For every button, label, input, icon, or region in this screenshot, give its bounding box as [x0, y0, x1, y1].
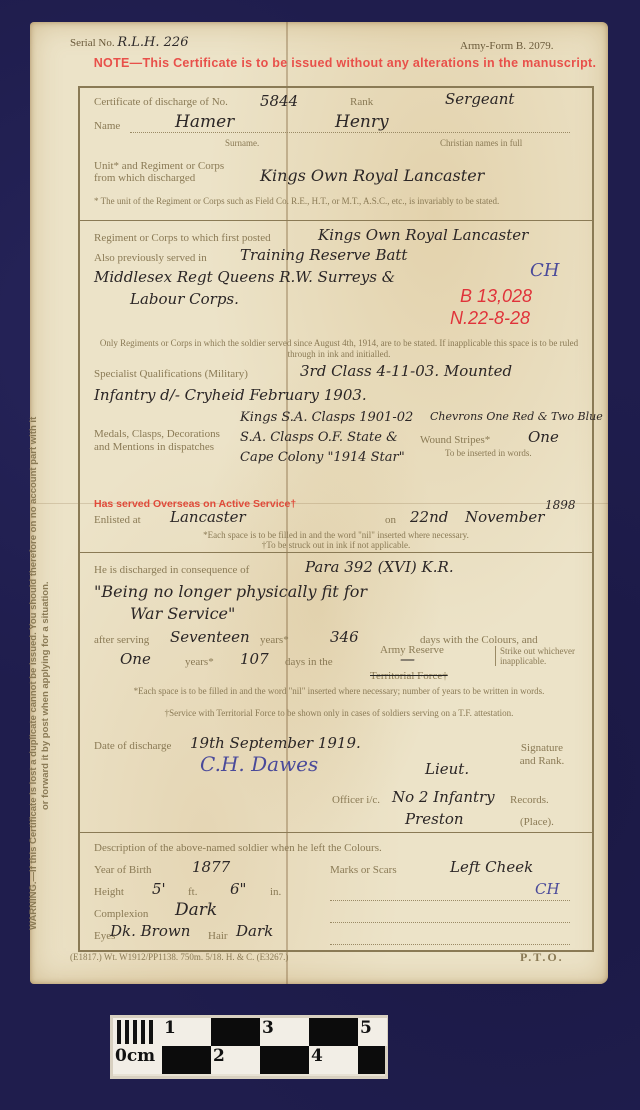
initials-mark-2: CH	[535, 880, 560, 898]
cert-label: Certificate of discharge of No.	[94, 96, 228, 108]
years-reserve: One	[120, 650, 151, 668]
signature-rank: Lieut.	[425, 760, 469, 778]
name-line	[130, 132, 570, 133]
days-reserve: 107	[240, 650, 269, 668]
signature-label: Signature and Rank.	[512, 742, 572, 768]
medals-label: Medals, Clasps, Decorations and Mentions…	[94, 428, 234, 454]
marks-label: Marks or Scars	[330, 864, 397, 876]
height-inches: 6"	[230, 880, 246, 898]
place-label: (Place).	[520, 816, 554, 828]
height-feet: 5'	[152, 880, 166, 898]
red-stamp-date: N.22-8-28	[450, 308, 530, 329]
also-served-line3: Labour Corps.	[130, 290, 239, 308]
enlisted-month: November	[465, 508, 544, 526]
form-number: Army-Form B. 2079.	[460, 40, 554, 52]
scale-mark-2: 2	[211, 1046, 262, 1074]
scale-block	[211, 1018, 260, 1046]
divider	[80, 552, 592, 553]
scale-block	[260, 1046, 309, 1074]
red-stamp-number: B 13,028	[460, 286, 532, 307]
first-posted-label: Regiment or Corps to which first posted	[94, 232, 271, 244]
reason-line1: "Being no longer physically fit for	[94, 582, 367, 601]
scale-block	[358, 1046, 385, 1074]
reason-line2: War Service"	[130, 604, 235, 623]
side-warning-line1: WARNING.—If this Certificate is lost a d…	[28, 417, 40, 930]
cert-number: 5844	[260, 92, 298, 110]
each-space-note: *Each space is to be filled in and the w…	[94, 686, 584, 696]
birth-year: 1877	[192, 858, 230, 876]
medals-line3: Cape Colony "1914 Star"	[240, 450, 405, 465]
rank-label: Rank	[350, 96, 373, 108]
reserve-mark: —	[400, 650, 415, 668]
officer-signature: C.H. Dawes	[200, 752, 318, 776]
days-colours: 346	[330, 628, 359, 646]
medals-line1: Kings S.A. Clasps 1901-02	[240, 410, 413, 425]
serial-label: Serial No.	[70, 37, 115, 49]
also-served-line1: Training Reserve Batt	[240, 246, 407, 264]
scale-ticks	[113, 1018, 162, 1046]
marks-line	[330, 944, 570, 945]
unit-label: Unit* and Regiment or Corps from which d…	[94, 160, 244, 184]
initials-mark: CH	[530, 260, 559, 281]
discharge-date: 19th September 1919.	[190, 734, 361, 752]
years-label-2: years*	[185, 656, 214, 668]
side-warning-line2: or forward it by post when applying for …	[40, 417, 52, 930]
enlisted-place: Lancaster	[170, 508, 246, 526]
scale-block	[309, 1018, 358, 1046]
specialist-line1: 3rd Class 4-11-03. Mounted	[300, 362, 512, 380]
wound-stripes-label: Wound Stripes*	[420, 434, 490, 446]
discharge-date-label: Date of discharge	[94, 740, 171, 752]
on-label: on	[385, 514, 396, 526]
scale-bar: 1 3 5 0cm 2 4	[110, 1015, 388, 1079]
also-served-line2: Middlesex Regt Queens R.W. Surreys &	[94, 268, 395, 286]
specialist-label: Specialist Qualifications (Military)	[94, 368, 248, 380]
first-posted-value: Kings Own Royal Lancaster	[318, 226, 528, 244]
scale-mark-1: 1	[162, 1018, 213, 1046]
specialist-line2: Infantry d/- Cryheid February 1903.	[94, 386, 367, 404]
scale-mark-4: 4	[309, 1046, 360, 1074]
height-label: Height	[94, 886, 124, 898]
rank-value: Sergeant	[445, 90, 514, 108]
divider	[80, 832, 592, 833]
wound-note: To be inserted in words.	[445, 448, 532, 458]
days-in-the-label: days in the	[285, 656, 333, 668]
only-regiments-note: Only Regiments or Corps in which the sol…	[94, 338, 584, 360]
enlisted-label: Enlisted at	[94, 514, 141, 526]
unit-note: * The unit of the Regiment or Corps such…	[94, 196, 584, 206]
surname-caption: Surname.	[225, 138, 259, 148]
medals-line2: S.A. Clasps O.F. State &	[240, 430, 398, 445]
ft-label: ft.	[188, 886, 197, 898]
note-banner: NOTE—This Certificate is to be issued wi…	[80, 56, 610, 70]
discharged-label: He is discharged in consequence of	[94, 564, 249, 576]
forenames: Henry	[335, 112, 389, 132]
hair-label: Hair	[208, 930, 228, 942]
side-warning: WARNING.—If this Certificate is lost a d…	[28, 417, 52, 930]
print-info: (E1817.) Wt. W1912/PP1138. 750m. 5/18. H…	[70, 952, 288, 962]
unit-value: Kings Own Royal Lancaster	[260, 166, 484, 185]
description-label: Description of the above-named soldier w…	[94, 842, 382, 854]
years-colours: Seventeen	[170, 628, 250, 646]
enlisted-day: 22nd	[410, 508, 448, 526]
certificate-frame: Certificate of discharge of No. 5844 Ran…	[78, 86, 594, 952]
name-label: Name	[94, 120, 120, 132]
complexion-label: Complexion	[94, 908, 148, 920]
records-label: Records.	[510, 794, 549, 806]
records-place: Preston	[405, 810, 464, 828]
wound-stripes-value: One	[528, 428, 559, 446]
scale-mark-5: 5	[358, 1018, 387, 1046]
serial-value: R.L.H. 226	[117, 35, 188, 50]
strike-out-note: Strike out whichever inapplicable.	[495, 646, 580, 666]
territorial-force-struck: Territorial Force†	[370, 670, 448, 682]
hair-value: Dark	[236, 922, 273, 940]
serial-number: Serial No. R.L.H. 226	[70, 35, 188, 50]
birth-label: Year of Birth	[94, 864, 152, 876]
pto-label: P.T.O.	[520, 950, 564, 965]
enlisted-year: 1898	[545, 498, 576, 512]
marks-line	[330, 900, 570, 901]
surname: Hamer	[175, 112, 234, 132]
also-served-label: Also previously served in	[94, 252, 207, 264]
officer-label: Officer i/c.	[332, 794, 380, 806]
forenames-caption: Christian names in full	[440, 138, 522, 148]
territorial-note: †Service with Territorial Force to be sh…	[94, 708, 584, 718]
para-reference: Para 392 (XVI) K.R.	[305, 558, 454, 576]
scale-unit-label: 0cm	[113, 1046, 164, 1074]
divider	[80, 220, 592, 221]
chevrons: Chevrons One Red & Two Blue	[430, 410, 603, 423]
scale-mark-3: 3	[260, 1018, 311, 1046]
marks-line	[330, 922, 570, 923]
strike-note: †To be struck out in ink if not applicab…	[80, 540, 592, 550]
scale-block	[162, 1046, 211, 1074]
officer-records: No 2 Infantry	[392, 788, 495, 806]
after-serving-label: after serving	[94, 634, 149, 646]
years-label: years*	[260, 634, 289, 646]
marks-value: Left Cheek	[450, 858, 533, 876]
in-label: in.	[270, 886, 281, 898]
eyes-value: Dk. Brown	[110, 922, 190, 940]
complexion-value: Dark	[175, 900, 217, 920]
fill-note: *Each space is to be filled in and the w…	[80, 530, 592, 540]
